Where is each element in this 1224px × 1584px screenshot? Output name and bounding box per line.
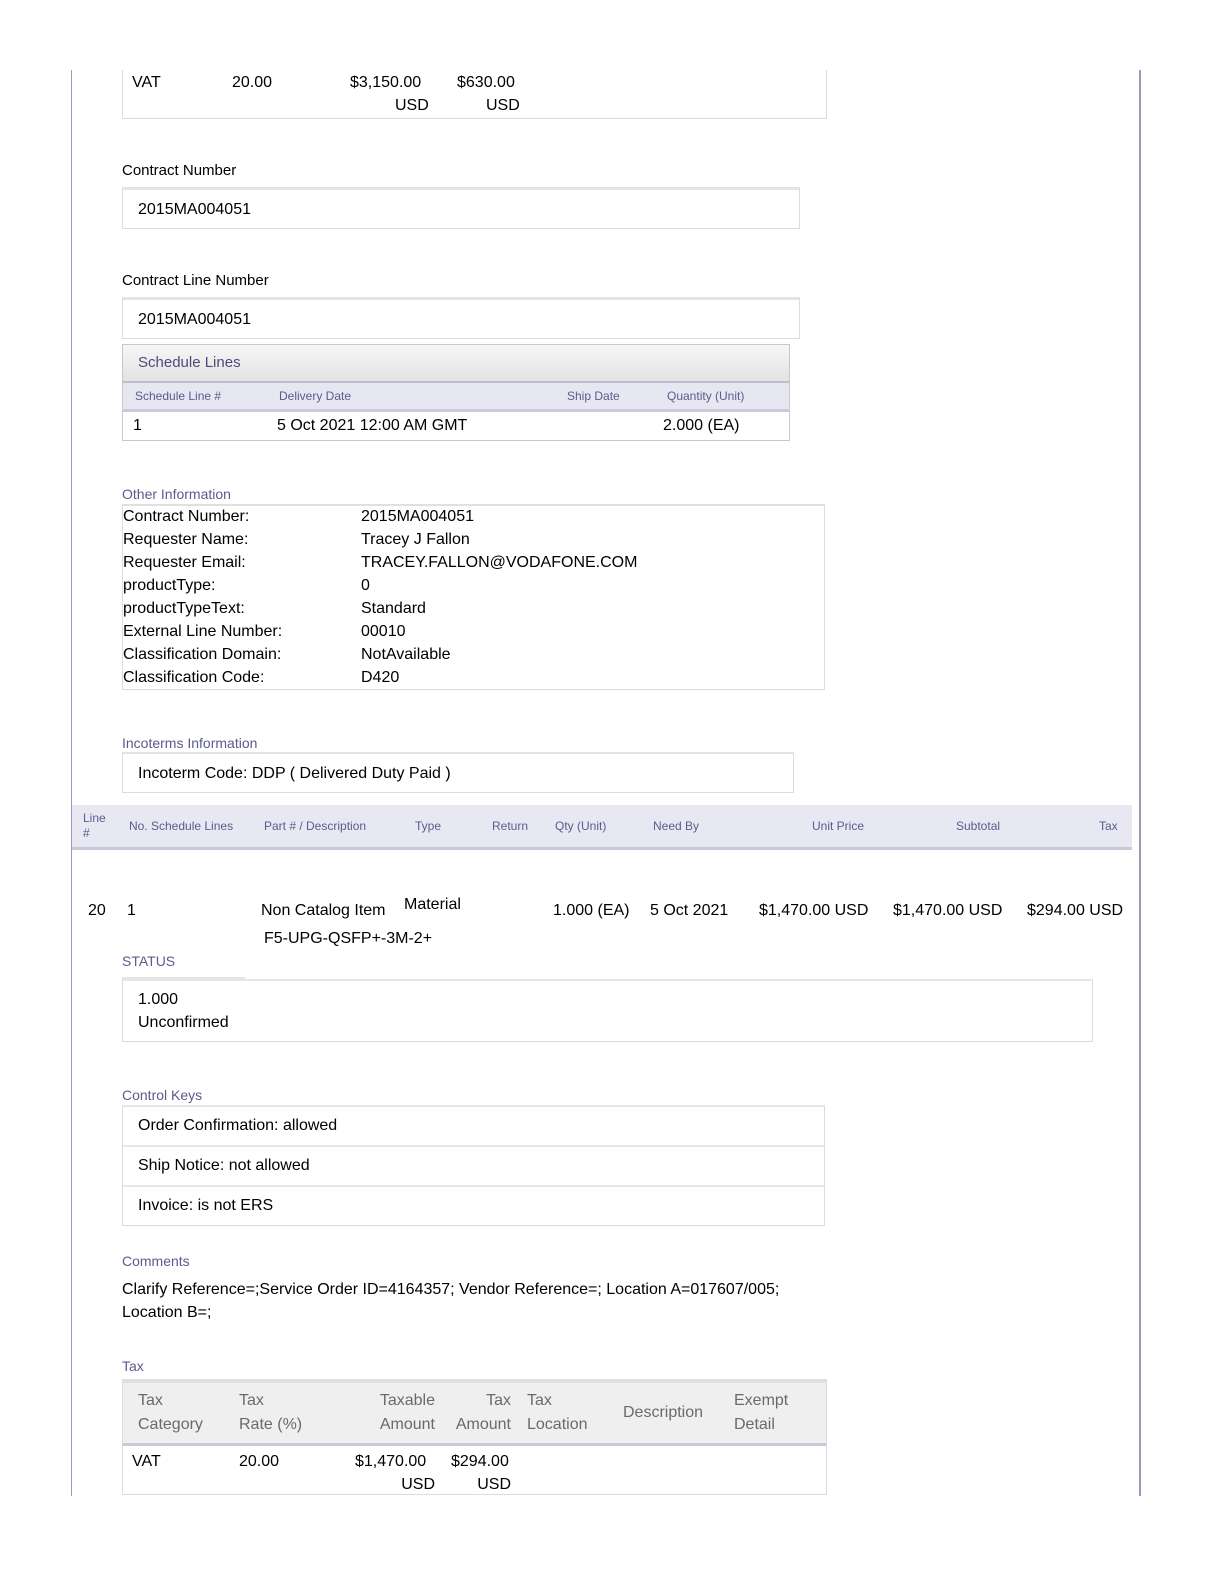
incoterms-title: Incoterms Information [122, 735, 257, 751]
schedule-line-number: 1 [133, 412, 142, 440]
header-need-by: Need By [653, 819, 699, 833]
header-schedule-line-number: Schedule Line # [135, 383, 221, 409]
comments-line-2: Location B=; [122, 1301, 779, 1324]
line-subtotal: $1,470.00 USD [893, 902, 1002, 920]
header-type: Type [415, 819, 441, 833]
contract-number-value: 2015MA004051 [123, 190, 799, 230]
other-info-row: Requester Email:TRACEY.FALLON@VODAFONE.C… [123, 554, 824, 577]
header-line: Line [83, 811, 106, 825]
control-key-ship-notice: Ship Notice: not allowed [123, 1147, 824, 1187]
header-line-hash: # [83, 826, 90, 840]
tax-category: VAT [123, 1445, 231, 1497]
control-keys-title: Control Keys [122, 1087, 202, 1103]
comments-title: Comments [122, 1253, 190, 1269]
other-info-value: Tracey J Fallon [361, 531, 470, 549]
header-tax-location-1: Tax [527, 1389, 607, 1413]
other-info-row: External Line Number:00010 [123, 623, 824, 646]
other-info-row: productTypeText:Standard [123, 600, 824, 623]
header-exempt-2: Detail [734, 1413, 818, 1437]
other-info-row: Contract Number:2015MA004051 [123, 508, 824, 531]
header-part-description: Part # / Description [264, 819, 366, 833]
other-info-row: Requester Name:Tracey J Fallon [123, 531, 824, 554]
line-tax: $294.00 USD [1027, 902, 1123, 920]
schedule-delivery-date: 5 Oct 2021 12:00 AM GMT [277, 412, 467, 440]
status-state: Unconfirmed [138, 1014, 229, 1032]
other-info-row: Classification Domain:NotAvailable [123, 646, 824, 669]
other-info-value: 2015MA004051 [361, 508, 474, 526]
comments-line-1: Clarify Reference=;Service Order ID=4164… [122, 1278, 779, 1301]
incoterms-panel: Incoterm Code: DDP ( Delivered Duty Paid… [122, 752, 794, 793]
page-frame-left-border [71, 70, 72, 1496]
other-info-label: productTypeText: [123, 600, 245, 618]
other-info-value: D420 [361, 669, 399, 687]
contract-line-number-label: Contract Line Number [122, 272, 269, 289]
tax-taxable-currency: USD [355, 1473, 435, 1496]
other-info-label: productType: [123, 577, 216, 595]
other-info-label: External Line Number: [123, 623, 282, 641]
line-type: Material [404, 896, 461, 914]
line-schedule-lines: 1 [127, 902, 136, 920]
schedule-line-row: 1 5 Oct 2021 12:00 AM GMT 2.000 (EA) [123, 412, 789, 438]
other-info-value: 0 [361, 577, 370, 595]
contract-number-label: Contract Number [122, 162, 236, 179]
other-info-label: Contract Number: [123, 508, 249, 526]
other-information-panel: Contract Number:2015MA004051Requester Na… [122, 504, 825, 690]
tax-table: TaxCategory TaxRate (%) TaxableAmount Ta… [122, 1379, 827, 1495]
header-ship-date: Ship Date [567, 383, 620, 409]
status-panel: 1.000 Unconfirmed [122, 979, 1093, 1042]
header-tax-rate-1: Tax [239, 1389, 339, 1413]
top-tax-currency: USD [486, 97, 520, 115]
line-items-header: Line # No. Schedule Lines Part # / Descr… [72, 805, 1132, 850]
control-keys-panel: Order Confirmation: allowed Ship Notice:… [122, 1105, 825, 1226]
comments-text: Clarify Reference=;Service Order ID=4164… [122, 1278, 779, 1324]
line-qty: 1.000 (EA) [553, 902, 629, 920]
header-tax-location-2: Location [527, 1413, 607, 1437]
header-subtotal: Subtotal [956, 819, 1000, 833]
other-info-label: Requester Email: [123, 554, 246, 572]
contract-line-number-field: 2015MA004051 [122, 297, 800, 339]
header-no-schedule-lines: No. Schedule Lines [129, 819, 233, 833]
other-info-label: Classification Domain: [123, 646, 281, 664]
header-description: Description [623, 1401, 718, 1425]
top-tax-taxable-currency: USD [395, 97, 429, 115]
header-quantity: Quantity (Unit) [667, 383, 744, 409]
header-tax-category-2: Category [138, 1413, 223, 1437]
line-unit-price: $1,470.00 USD [759, 902, 868, 920]
other-info-value: TRACEY.FALLON@VODAFONE.COM [361, 554, 637, 572]
line-item-row: 20 1 Non Catalog Item F5-UPG-QSFP+-3M-2+… [72, 895, 1132, 955]
other-info-value: 00010 [361, 623, 406, 641]
tax-rate: 20.00 [231, 1445, 347, 1497]
header-delivery-date: Delivery Date [279, 383, 351, 409]
status-title: STATUS [122, 953, 175, 969]
status-quantity: 1.000 [138, 991, 178, 1009]
schedule-lines-title: Schedule Lines [123, 345, 789, 383]
tax-table-row: VAT 20.00 $1,470.00USD $294.00USD [123, 1445, 826, 1497]
header-return: Return [492, 819, 528, 833]
header-unit-price: Unit Price [812, 819, 864, 833]
schedule-quantity: 2.000 (EA) [663, 412, 739, 440]
header-taxable-1: Taxable [355, 1389, 435, 1413]
top-tax-table: VAT 20.00 $3,150.00 USD $630.00 USD [122, 70, 827, 119]
schedule-lines-header: Schedule Line # Delivery Date Ship Date … [123, 383, 789, 412]
header-tax: Tax [1099, 819, 1118, 833]
incoterm-code: Incoterm Code: DDP ( Delivered Duty Paid… [123, 754, 793, 794]
top-tax-amount: $630.00 [457, 74, 515, 92]
line-description: Non Catalog Item [261, 902, 386, 920]
header-tax-amount-1: Tax [451, 1389, 511, 1413]
contract-number-field: 2015MA004051 [122, 187, 800, 229]
tax-taxable-amount: $1,470.00 [355, 1450, 435, 1473]
tax-amount: $294.00 [451, 1450, 511, 1473]
header-qty: Qty (Unit) [555, 819, 606, 833]
line-part-number: F5-UPG-QSFP+-3M-2+ [264, 930, 432, 948]
contract-line-number-value: 2015MA004051 [123, 300, 799, 340]
tax-table-header: TaxCategory TaxRate (%) TaxableAmount Ta… [123, 1382, 826, 1445]
schedule-lines-panel: Schedule Lines Schedule Line # Delivery … [122, 344, 790, 441]
other-info-row: Classification Code:D420 [123, 669, 824, 692]
top-tax-rate: 20.00 [232, 74, 272, 92]
header-tax-category-1: Tax [138, 1389, 223, 1413]
top-tax-category: VAT [132, 74, 161, 92]
header-exempt-1: Exempt [734, 1389, 818, 1413]
other-info-value: Standard [361, 600, 426, 618]
tax-currency: USD [451, 1473, 511, 1496]
other-info-label: Requester Name: [123, 531, 248, 549]
header-tax-amount-2: Amount [451, 1413, 511, 1437]
line-number: 20 [88, 902, 106, 920]
other-info-label: Classification Code: [123, 669, 264, 687]
header-taxable-2: Amount [355, 1413, 435, 1437]
control-key-order-confirmation: Order Confirmation: allowed [123, 1107, 824, 1147]
other-information-title: Other Information [122, 486, 231, 502]
top-tax-taxable-amount: $3,150.00 [350, 74, 421, 92]
control-key-invoice: Invoice: is not ERS [123, 1187, 824, 1225]
other-info-value: NotAvailable [361, 646, 451, 664]
line-need-by: 5 Oct 2021 [650, 902, 728, 920]
header-tax-rate-2: Rate (%) [239, 1413, 339, 1437]
tax-title: Tax [122, 1358, 144, 1374]
other-info-row: productType:0 [123, 577, 824, 600]
page-frame-right-border [1139, 70, 1141, 1496]
